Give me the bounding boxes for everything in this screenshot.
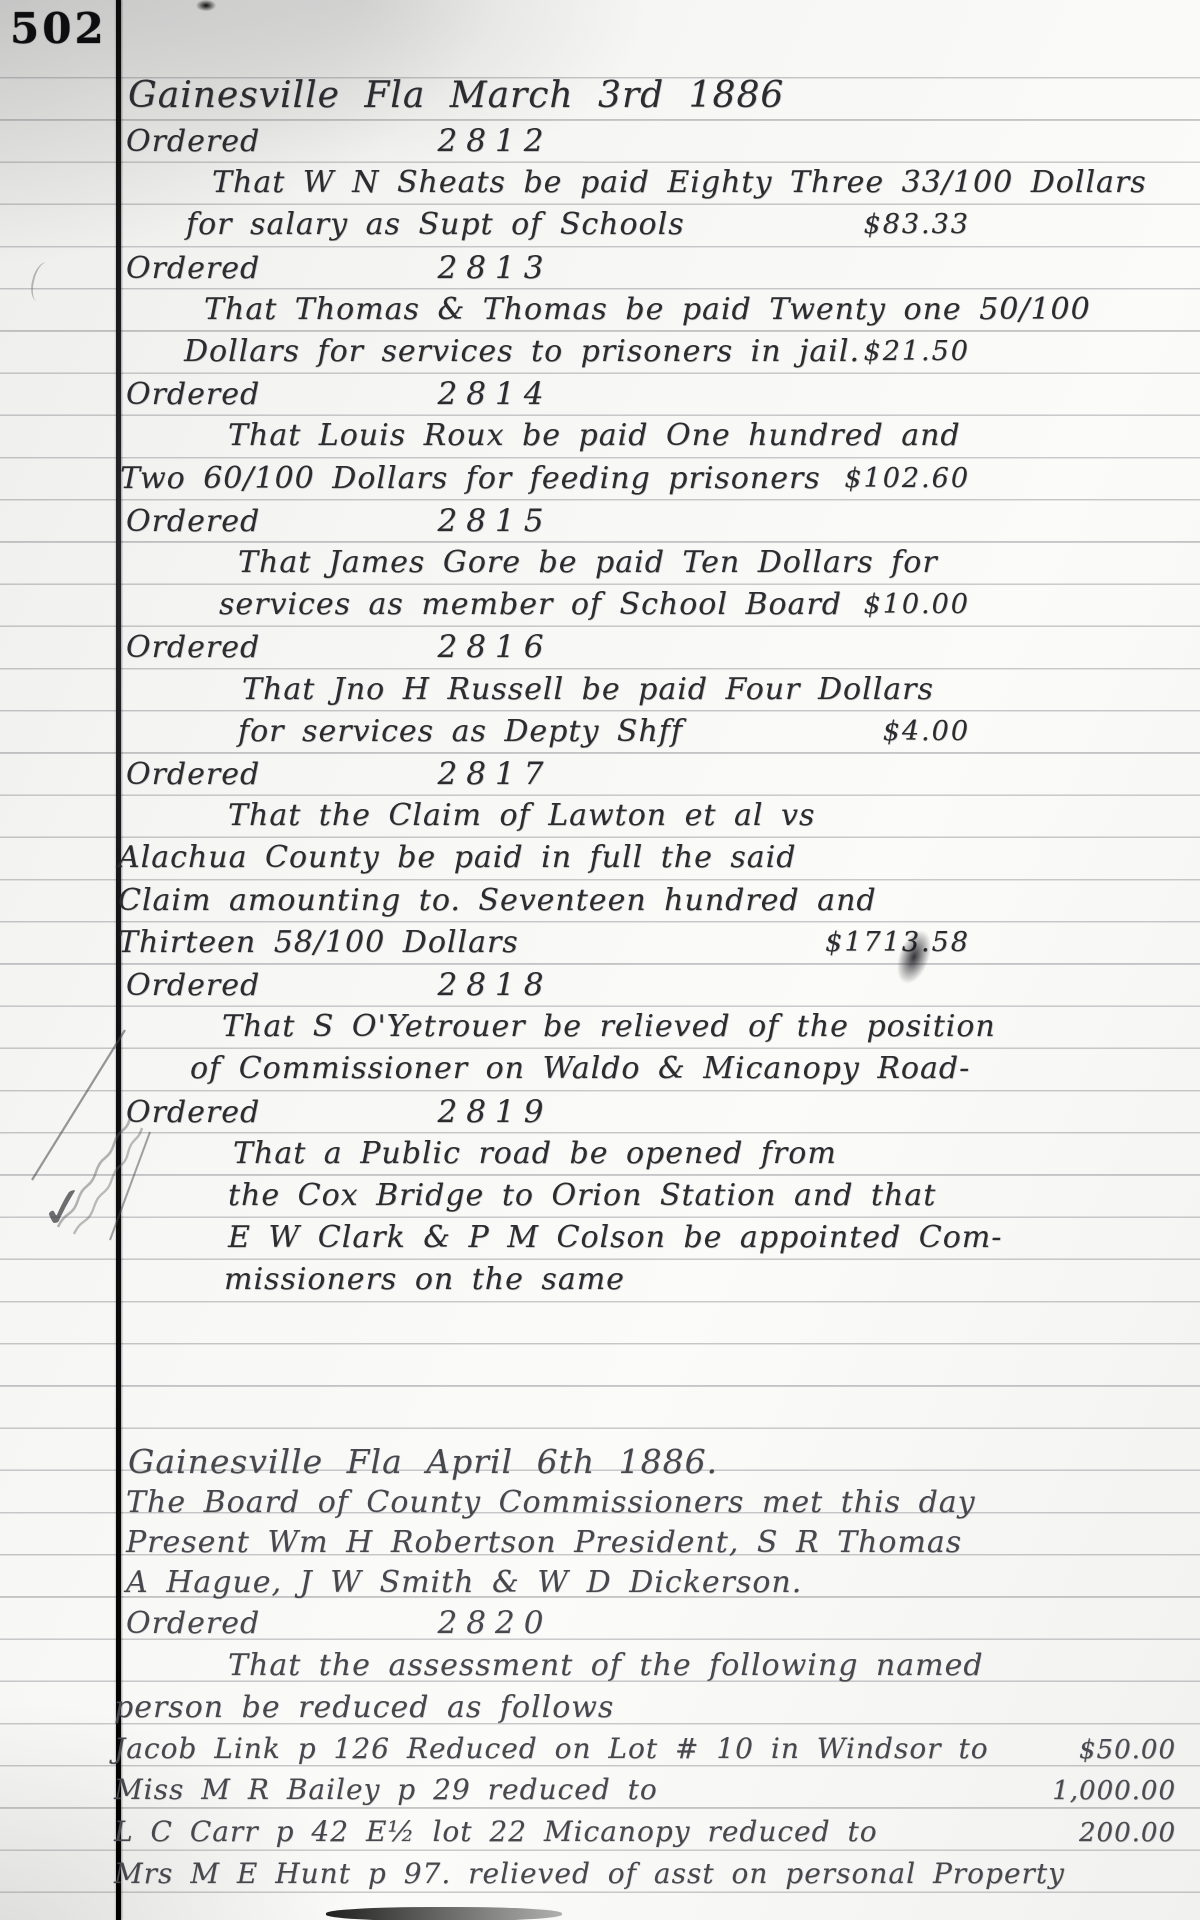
reduction-entry: L C Carr p 42 E½ lot 22 Micanopy reduced… <box>114 1817 878 1848</box>
order-2817-line: Claim amounting to. Seventeen hundred an… <box>118 884 877 917</box>
order-2817-line: Thirteen 58/100 Dollars <box>118 926 519 959</box>
order-2813-line: Dollars for services to prisoners in jai… <box>184 335 860 368</box>
order-2819-line: missioners on the same <box>224 1263 625 1296</box>
order-2814-number: 2814 <box>420 377 570 411</box>
margin-rule <box>116 0 121 1920</box>
order-2813-number: 2813 <box>420 251 570 285</box>
order-2815-amount: $10.00 <box>864 590 970 620</box>
order-2818-number: 2818 <box>420 968 570 1002</box>
order-2817-label: Ordered <box>126 758 260 791</box>
order-2813-line: That Thomas & Thomas be paid Twenty one … <box>204 293 1091 326</box>
reduction-entry: Miss M R Bailey p 29 reduced to <box>114 1775 658 1806</box>
order-2812-number: 2812 <box>420 124 570 158</box>
scan-smudge-bottom <box>326 1907 562 1920</box>
order-2817-line: That the Claim of Lawton et al vs <box>228 799 815 832</box>
order-2815-line: That James Gore be paid Ten Dollars for <box>238 546 938 579</box>
order-2816-line: for services as Depty Shff <box>238 715 683 748</box>
reduction-entry: Jacob Link p 126 Reduced on Lot # 10 in … <box>114 1734 989 1765</box>
order-2816-label: Ordered <box>126 631 260 664</box>
order-2812-label: Ordered <box>126 125 260 158</box>
order-2816-amount: $4.00 <box>883 717 970 747</box>
order-2815-label: Ordered <box>126 505 260 538</box>
march-dateline: Gainesville Fla March 3rd 1886 <box>128 76 784 116</box>
order-2820-line: That the assessment of the following nam… <box>228 1649 984 1682</box>
order-2820-number: 2820 <box>420 1606 570 1640</box>
order-2816-number: 2816 <box>420 630 570 664</box>
order-2815-line: services as member of School Board <box>219 588 842 621</box>
order-2813-amount: $21.50 <box>864 337 970 367</box>
april-intro-line: A Hague, J W Smith & W D Dickerson. <box>126 1566 802 1599</box>
order-2812-line: That W N Sheats be paid Eighty Three 33/… <box>212 166 1147 199</box>
order-2818-line: That S O'Yetrouer be relieved of the pos… <box>222 1010 996 1043</box>
order-2816-line: That Jno H Russell be paid Four Dollars <box>242 673 934 706</box>
order-2819-line: E W Clark & P M Colson be appointed Com- <box>228 1221 1002 1254</box>
reduction-amount: $50.00 <box>1079 1736 1176 1765</box>
ledger-page: 502 Gainesville Fla March 3rd 1886 Order… <box>0 0 1200 1920</box>
order-2818-line: of Commissioner on Waldo & Micanopy Road… <box>190 1052 970 1085</box>
order-2817-number: 2817 <box>420 757 570 791</box>
reduction-amount: 200.00 <box>1079 1819 1176 1848</box>
april-dateline: Gainesville Fla April 6th 1886. <box>128 1444 718 1480</box>
april-intro-line: Present Wm H Robertson President, S R Th… <box>126 1526 962 1559</box>
order-2814-line: That Louis Roux be paid One hundred and <box>228 419 961 452</box>
order-2812-amount: $83.33 <box>864 210 970 240</box>
reduction-entry: Mrs M E Hunt p 97. relieved of asst on p… <box>114 1859 1065 1890</box>
margin-check-mark: ✓ <box>36 1173 92 1244</box>
order-2814-label: Ordered <box>126 378 260 411</box>
april-intro-line: The Board of County Commissioners met th… <box>126 1486 976 1519</box>
order-2812-line: for salary as Supt of Schools <box>186 208 685 241</box>
order-2820-label: Ordered <box>126 1607 260 1640</box>
order-2819-line: That a Public road be opened from <box>233 1137 837 1170</box>
order-2817-line: Alachua County be paid in full the said <box>118 841 796 874</box>
order-2818-label: Ordered <box>126 969 260 1002</box>
order-2813-label: Ordered <box>126 252 260 285</box>
order-2814-line: Two 60/100 Dollars for feeding prisoners <box>120 462 821 495</box>
order-2814-amount: $102.60 <box>844 464 970 494</box>
reduction-amount: 1,000.00 <box>1052 1777 1176 1806</box>
order-2819-line: the Cox Bridge to Orion Station and that <box>228 1179 936 1212</box>
order-2819-number: 2819 <box>420 1095 570 1129</box>
order-2815-number: 2815 <box>420 504 570 538</box>
scan-smudge-top <box>193 0 219 13</box>
order-2820-line: person be reduced as follows <box>114 1691 614 1724</box>
page-number: 502 <box>10 4 107 53</box>
